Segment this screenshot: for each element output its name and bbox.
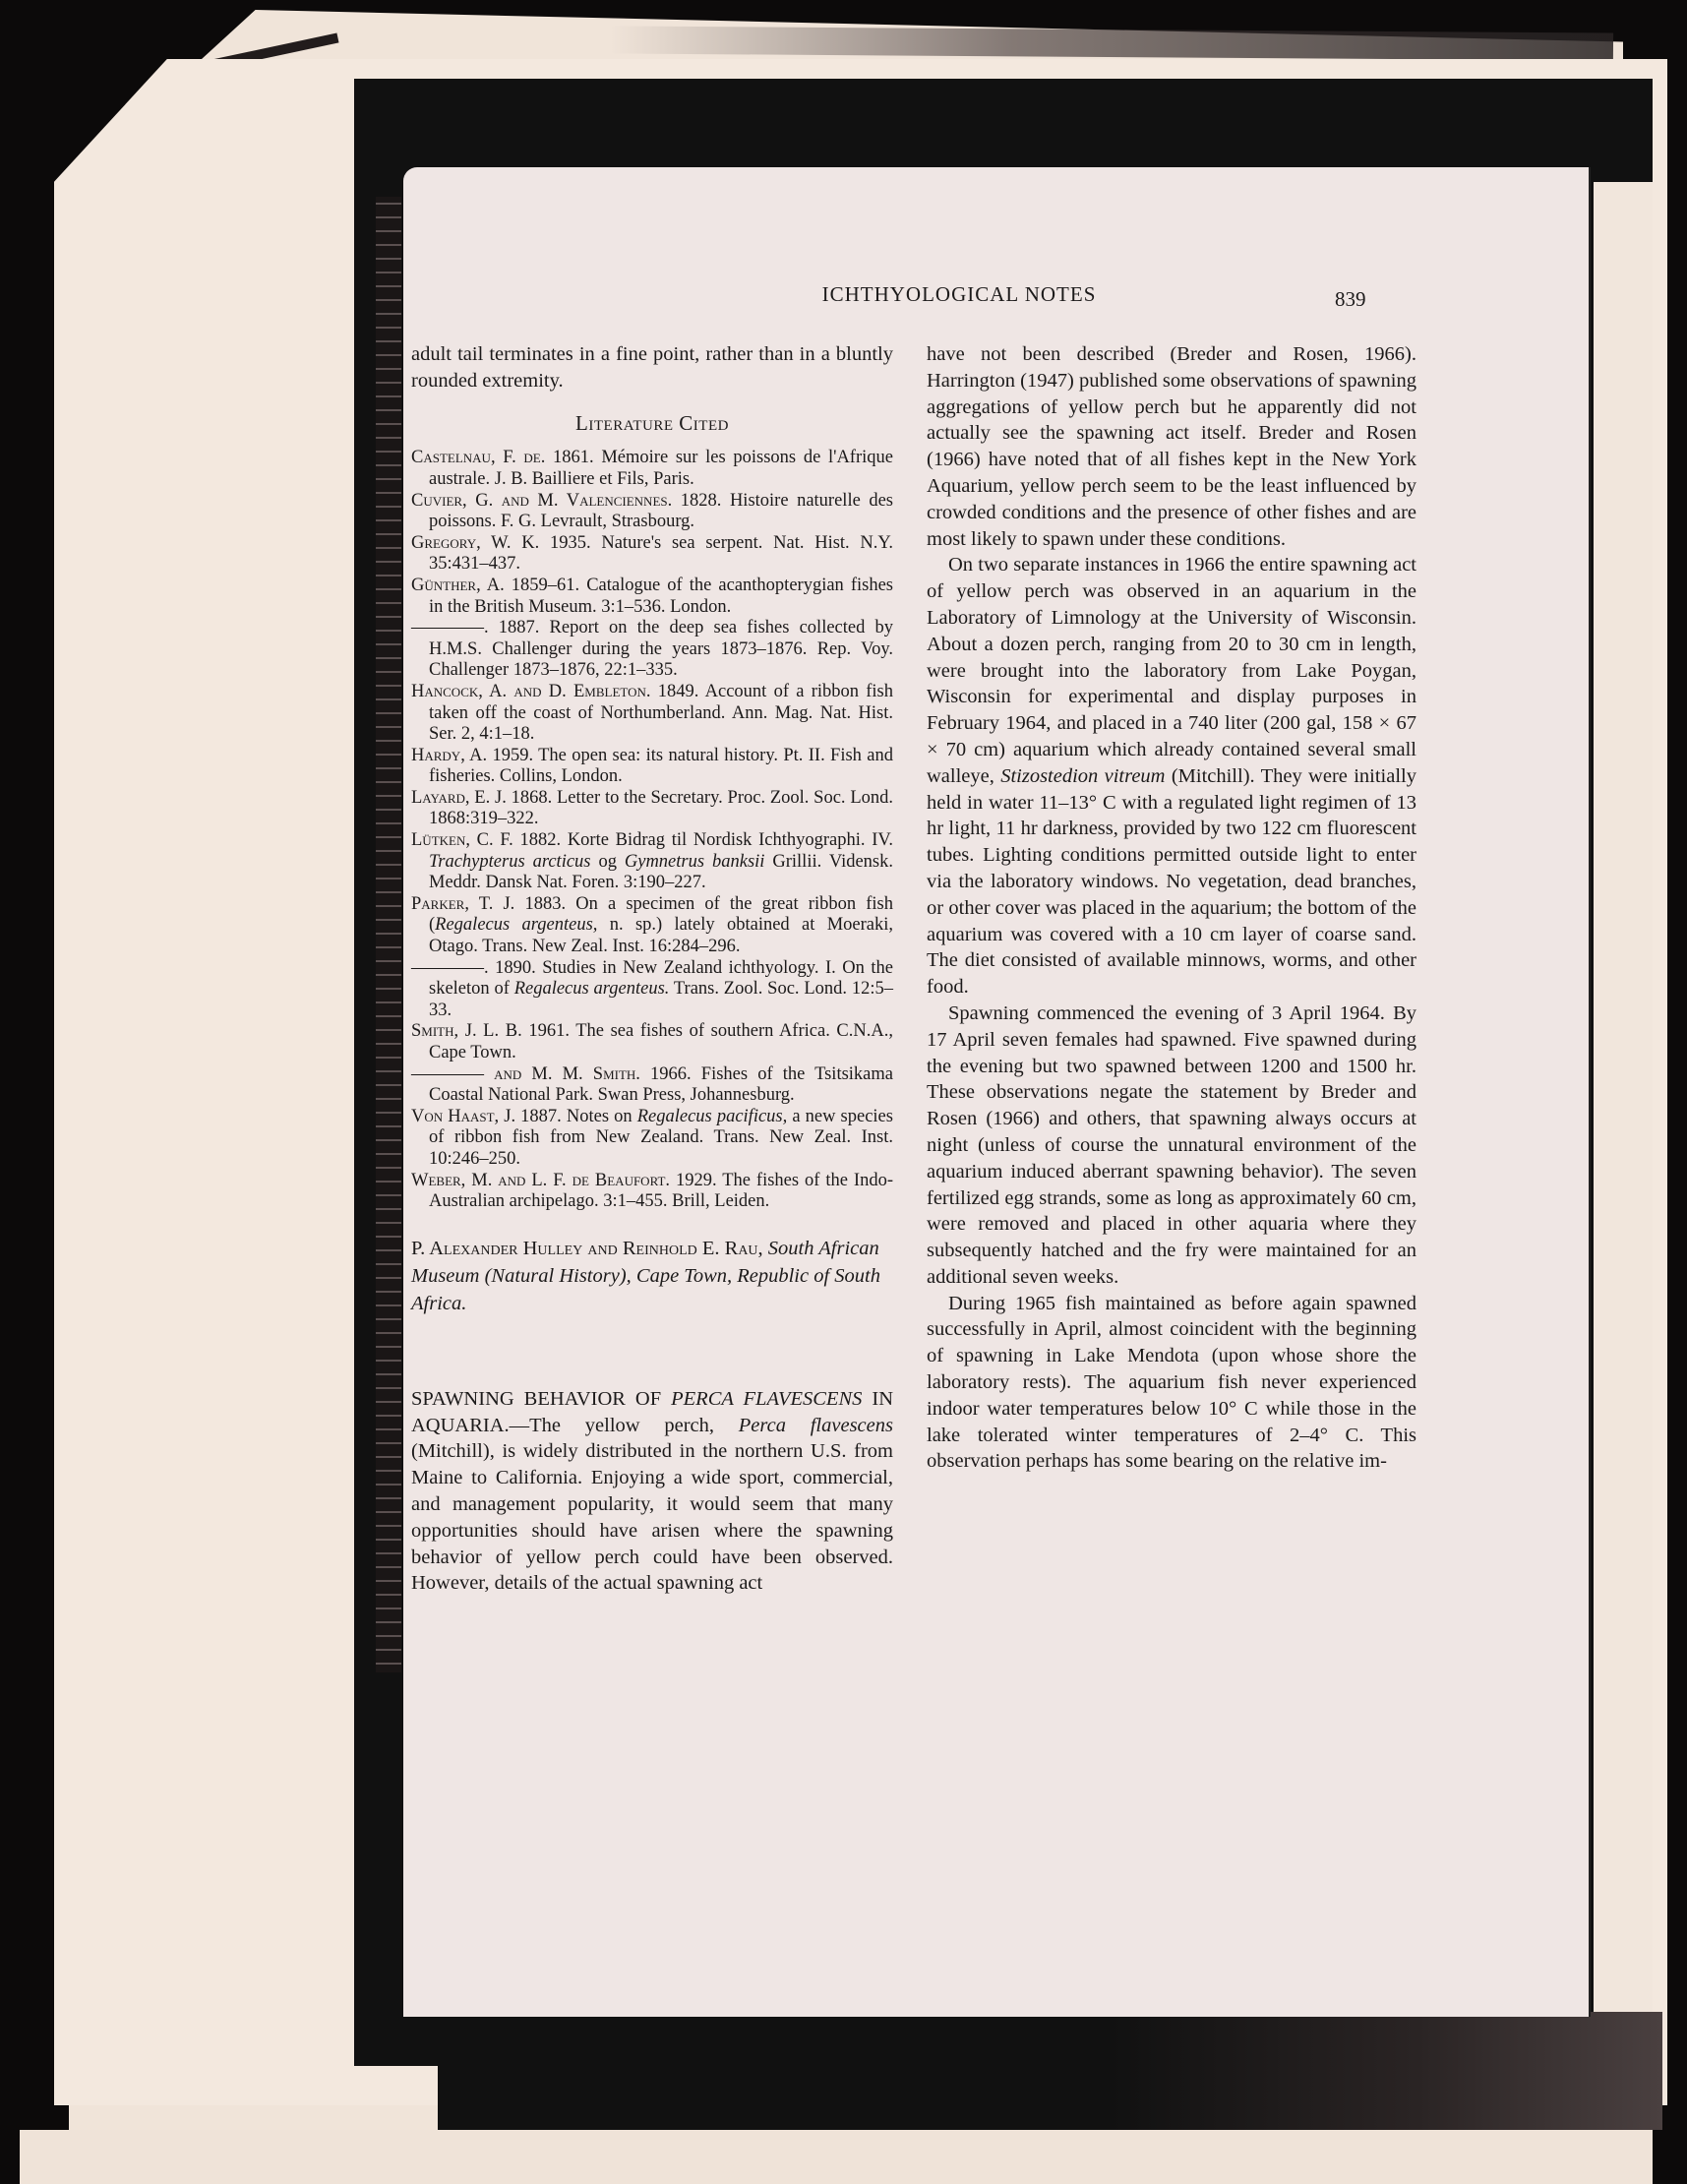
continuation-text: adult tail terminates in a fine point, r… <box>411 341 893 394</box>
article-opening: SPAWNING BEHAVIOR OF PERCA FLAVESCENS IN… <box>411 1386 893 1597</box>
author-byline: P. Alexander Hulley and Reinhold E. Rau,… <box>411 1235 893 1317</box>
reference-item: Hardy, A. 1959. The open sea: its natura… <box>411 746 893 788</box>
reference-item: Smith, J. L. B. 1961. The sea fishes of … <box>411 1021 893 1063</box>
reference-author: Hancock, A. and D. Embleton. <box>411 682 651 701</box>
reference-item: Von Haast, J. 1887. Notes on Regalecus p… <box>411 1107 893 1171</box>
reference-author: Hardy, A. <box>411 746 487 765</box>
reference-item: Parker, T. J. 1883. On a specimen of the… <box>411 894 893 958</box>
reference-author: Gregory, W. K. <box>411 533 539 553</box>
reference-item: Weber, M. and L. F. de Beaufort. 1929. T… <box>411 1171 893 1213</box>
reference-author: Cuvier, G. and M. Valenciennes. <box>411 491 672 511</box>
photocopy-bottom-band <box>438 2012 1662 2130</box>
article-lead: —The yellow perch, <box>510 1415 739 1436</box>
sheet-bottom-edge <box>20 2130 1653 2184</box>
species-name: Perca flavescens <box>739 1415 893 1436</box>
paragraph-1: have not been described (Breder and Rose… <box>927 341 1416 552</box>
reference-item: Lütken, C. F. 1882. Korte Bidrag til Nor… <box>411 830 893 894</box>
left-column: adult tail terminates in a fine point, r… <box>411 341 893 1597</box>
reference-author: Layard, E. J. <box>411 788 507 808</box>
reference-author: ————. <box>411 618 489 637</box>
paragraph-2: On two separate instances in 1966 the en… <box>927 552 1416 1001</box>
reference-item: ———— and M. M. Smith. 1966. Fishes of th… <box>411 1064 893 1107</box>
sheet-edge <box>1594 182 1653 2051</box>
reference-list: Castelnau, F. de. 1861. Mémoire sur les … <box>411 448 893 1212</box>
article-title-species: PERCA FLAVESCENS <box>671 1388 862 1410</box>
reference-author: Weber, M. and L. F. de Beaufort. <box>411 1171 670 1190</box>
reference-author: Parker, T. J. <box>411 894 514 914</box>
binding-shadow <box>376 197 401 1672</box>
species-name: Stizostedion vitreum <box>1000 765 1165 787</box>
paragraph-2-cont: (Mitchill). They were initially held in … <box>927 765 1416 998</box>
reference-item: Cuvier, G. and M. Valenciennes. 1828. Hi… <box>411 491 893 533</box>
page-number: 839 <box>1335 287 1366 312</box>
paragraph-2-text: On two separate instances in 1966 the en… <box>927 554 1416 786</box>
reference-item: Gregory, W. K. 1935. Nature's sea serpen… <box>411 533 893 576</box>
paragraph-3: Spawning commenced the evening of 3 Apri… <box>927 1001 1416 1291</box>
paragraph-4: During 1965 fish maintained as before ag… <box>927 1291 1416 1476</box>
reference-item: Günther, A. 1859–61. Catalogue of the ac… <box>411 576 893 618</box>
right-column: have not been described (Breder and Rose… <box>927 341 1416 1475</box>
reference-author: ————. <box>411 958 489 978</box>
reference-item: ————. 1890. Studies in New Zealand ichth… <box>411 958 893 1022</box>
article-title: SPAWNING BEHAVIOR OF <box>411 1388 671 1410</box>
literature-cited-heading: Literature Cited <box>411 410 893 437</box>
reference-item: Hancock, A. and D. Embleton. 1849. Accou… <box>411 682 893 746</box>
reference-author: Günther, A. <box>411 576 505 595</box>
reference-item: Castelnau, F. de. 1861. Mémoire sur les … <box>411 448 893 490</box>
reference-item: Layard, E. J. 1868. Letter to the Secret… <box>411 788 893 830</box>
article-lead-cont: (Mitchill), is widely distributed in the… <box>411 1440 893 1594</box>
reference-author: ———— and M. M. Smith. <box>411 1064 640 1084</box>
reference-author: Castelnau, F. de. <box>411 448 545 467</box>
reference-author: Lütken, C. F. <box>411 830 513 850</box>
reference-author: Von Haast, J. <box>411 1107 515 1126</box>
author-names: P. Alexander Hulley and Reinhold E. Rau, <box>411 1238 763 1259</box>
reference-author: Smith, J. L. B. <box>411 1021 522 1041</box>
reference-item: ————. 1887. Report on the deep sea fishe… <box>411 618 893 682</box>
